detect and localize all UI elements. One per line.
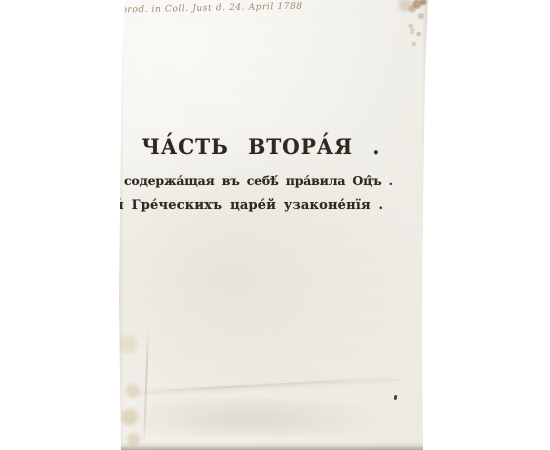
title-line-greek-tsars: и́ Гре́ческихъ царе́й узаконе́нїя . <box>114 198 336 213</box>
book-page: 8 prod. in Coll. Just d. 24. April 1788 … <box>119 0 428 450</box>
title-line-part: ЧА́СТЬ ВТОРА́Я . <box>141 134 352 159</box>
photo-background: 8 prod. in Coll. Just d. 24. April 1788 … <box>0 0 550 450</box>
title-line-contents: содержа́щая въ себѣ́ пра́вила Оц̂ъ . <box>124 173 324 188</box>
printed-title-block: ЧА́СТЬ ВТОРА́Я . содержа́щая въ себѣ́ пр… <box>119 0 428 450</box>
